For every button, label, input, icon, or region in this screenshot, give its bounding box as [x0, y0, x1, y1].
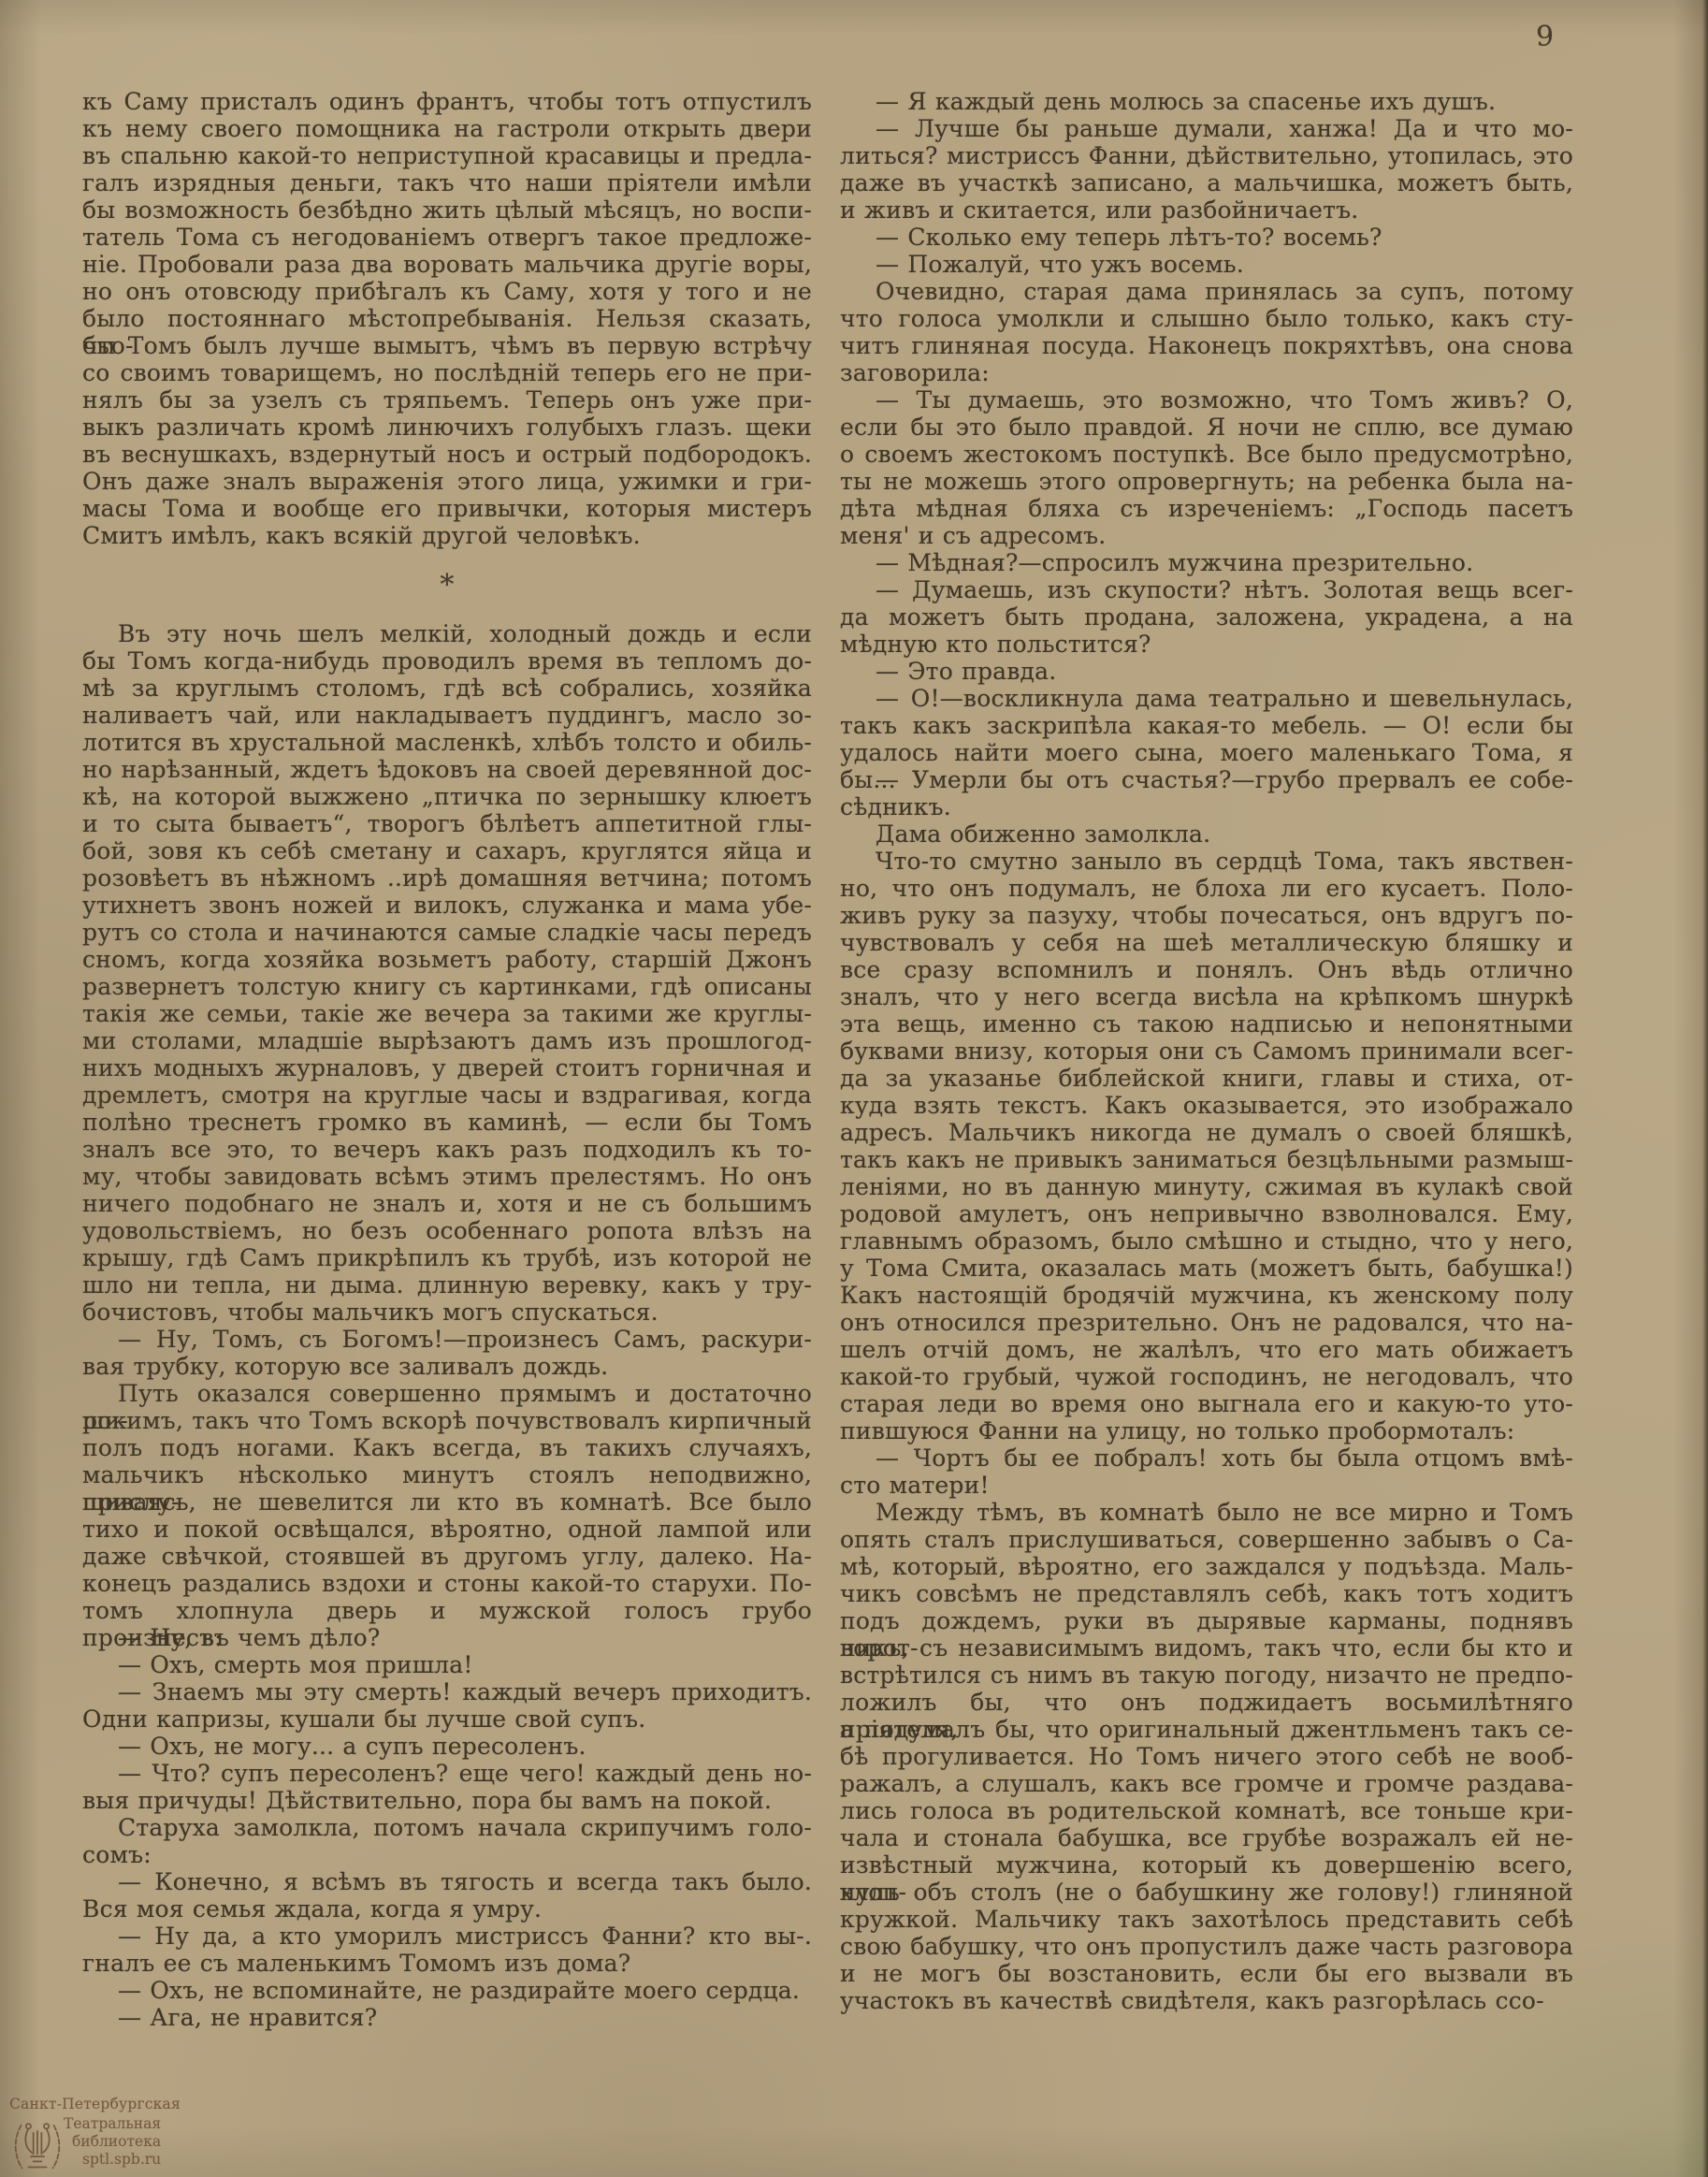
paragraph: — Ну да, а кто уморилъ мистриссъ Фанни? …	[82, 1923, 812, 1977]
page-number: 9	[1536, 21, 1555, 53]
text-line: чикъ совсѣмъ не представлялъ себѣ, какъ …	[840, 1580, 1573, 1607]
text-line: выкъ различать кромѣ линючихъ голубыхъ г…	[82, 414, 812, 441]
text-line: все сразу вспомнилъ и понялъ. Онъ вѣдь о…	[840, 956, 1573, 983]
paragraph: Что-то смутно заныло въ сердцѣ Тома, так…	[840, 848, 1573, 1444]
paragraph: — Охъ, не вспоминайте, не раздирайте мое…	[82, 1977, 812, 2004]
text-line: эта вещь, именно съ такою надписью и неп…	[840, 1010, 1573, 1038]
text-line: — Пожалуй, что ужъ восемь.	[840, 251, 1573, 278]
text-line: бы возможность безбѣдно жить цѣлый мѣсяц…	[82, 196, 812, 224]
text-line: татель Тома съ негодованіемъ отвергъ так…	[82, 224, 812, 251]
section-separator-star: *	[82, 549, 812, 620]
paragraph: — Ну, Томъ, съ Богомъ!—произнесъ Самъ, р…	[82, 1326, 812, 1380]
text-line: подъ дождемъ, руки въ дырявые карманы, п…	[840, 1607, 1573, 1634]
text-line: — Ты думаешь, это возможно, что Томъ жив…	[840, 386, 1573, 414]
text-line: конецъ раздались вздохи и стоны какой-то…	[82, 1570, 812, 1597]
text-line: въ спальню какой-то неприступной красави…	[82, 142, 812, 169]
text-line: къ Саму присталъ одинъ франтъ, чтобы тот…	[82, 88, 812, 115]
text-line: живъ руку за пазуху, чтобы почесаться, о…	[840, 902, 1573, 929]
text-line: даже въ участкѣ записано, а мальчишка, м…	[840, 169, 1573, 196]
text-line: бѣ прогуливается. Но Томъ ничего этого с…	[840, 1743, 1573, 1770]
text-line: Одни капризы, кушали бы лучше свой супъ.	[82, 1705, 812, 1733]
text-line: Дама обиженно замолкла.	[840, 820, 1573, 848]
text-line: бы Томъ когда-нибудь проводилъ время въ …	[82, 647, 812, 675]
lyre-icon	[11, 2115, 64, 2177]
text-line: — Думаешь, изъ скупости? нѣтъ. Золотая в…	[840, 576, 1573, 603]
text-line: ты не можешь этого опровергнуть; на ребе…	[840, 468, 1573, 495]
text-line: сѣдникъ.	[840, 793, 1573, 820]
text-line: свою бабушку, что онъ пропустилъ даже ча…	[840, 1933, 1573, 1960]
text-line: развернетъ толстую книгу съ картинками, …	[82, 973, 812, 1000]
text-line: нялъ бы за узелъ съ тряпьемъ. Теперь онъ…	[82, 386, 812, 414]
text-line: полѣно треснетъ громко въ каминѣ, — если…	[82, 1109, 812, 1136]
text-line: со своимъ товарищемъ, но послѣдній тепер…	[82, 359, 812, 386]
paragraph: — Сколько ему теперь лѣтъ-то? восемь?	[840, 224, 1573, 251]
text-line: читъ глиняная посуда. Наконецъ покряхтѣв…	[840, 332, 1573, 359]
text-line: сомъ:	[82, 1841, 812, 1868]
stamp-line-theatre: Театральная	[64, 2115, 161, 2133]
text-line: опять сталъ прислушиваться, совершенно з…	[840, 1526, 1573, 1553]
scanned-book-page: 9 къ Саму присталъ одинъ франтъ, чтобы т…	[0, 0, 1708, 2177]
stamp-line-url: sptl.spb.ru	[64, 2151, 161, 2169]
text-line: извѣстный мужчина, который къ довершенію…	[840, 1851, 1573, 1879]
text-line: — Сколько ему теперь лѣтъ-то? восемь?	[840, 224, 1573, 251]
text-line: — Ну да, а кто уморилъ мистриссъ Фанни? …	[82, 1923, 812, 1950]
text-line: пившуюся Фанни на улицу, но только пробо…	[840, 1417, 1573, 1444]
text-line: шелъ отчій домъ, не жалѣлъ, что его мать…	[840, 1336, 1573, 1363]
text-line: никъ, съ независимымъ видомъ, такъ что, …	[840, 1634, 1573, 1662]
text-line: но онъ отовсюду прибѣгалъ къ Саму, хотя …	[82, 278, 812, 305]
text-line: дѣта мѣдная бляха съ изреченіемъ: „Госпо…	[840, 495, 1573, 522]
text-line: куда взять текстъ. Какъ оказывается, это…	[840, 1092, 1573, 1119]
text-line: шло ни тепла, ни дыма. длинную веревку, …	[82, 1271, 812, 1299]
text-line: розовѣетъ въ нѣжномъ ..ирѣ домашняя ветч…	[82, 864, 812, 892]
text-line: — О!—воскликнула дама театрально и шевел…	[840, 685, 1573, 712]
text-line: Старуха замолкла, потомъ начала скрипучи…	[82, 1814, 812, 1841]
text-line: лись голоса въ родительской комнатѣ, все…	[840, 1797, 1573, 1824]
text-line: мальчикъ нѣсколько минутъ стоялъ неподви…	[82, 1461, 812, 1488]
text-line: мѣ за круглымъ столомъ, гдѣ всѣ собралис…	[82, 675, 812, 702]
text-line: галъ изрядныя деньги, такъ что наши прія…	[82, 169, 812, 196]
text-line: ничего подобнаго не зналъ и, хотя и не с…	[82, 1190, 812, 1217]
text-line: крышу, гдѣ Самъ прикрѣпилъ къ трубѣ, изъ…	[82, 1244, 812, 1271]
text-line: главнымъ образомъ, было смѣшно и стыдно,…	[840, 1227, 1573, 1255]
text-line: да за указанье библейской книги, главы и…	[840, 1065, 1573, 1092]
text-line: — Умерли бы отъ счастья?—грубо прервалъ …	[840, 766, 1573, 793]
text-line: — Охъ, не могу... а супъ пересоленъ.	[82, 1733, 812, 1760]
text-line: — Конечно, я всѣмъ въ тягость и всегда т…	[82, 1868, 812, 1895]
paragraph: — Конечно, я всѣмъ въ тягость и всегда т…	[82, 1868, 812, 1923]
text-line: удовольствіемъ, но безъ особеннаго ропот…	[82, 1217, 812, 1244]
text-line: кѣ, на которой выжжено „птичка по зерныш…	[82, 783, 812, 810]
text-line: о своемъ жестокомъ поступкѣ. Все было пр…	[840, 441, 1573, 468]
text-line: — Ага, не нравится?	[82, 2004, 812, 2031]
text-line: вая трубку, которую все заливалъ дождь.	[82, 1353, 812, 1380]
paragraph: — Ага, не нравится?	[82, 2004, 812, 2031]
text-line: леніями, но въ данную минуту, сжимая въ …	[840, 1173, 1573, 1200]
text-line: ражалъ, а слушалъ, какъ все громче и гро…	[840, 1770, 1573, 1797]
text-line: такъ какъ не привыкъ заниматься безцѣльн…	[840, 1146, 1573, 1173]
text-line: — Охъ, не вспоминайте, не раздирайте мое…	[82, 1977, 812, 2004]
text-line: гналъ ее съ маленькимъ Томомъ изъ дома?	[82, 1950, 812, 1977]
paragraph: Дама обиженно замолкла.	[840, 820, 1573, 848]
paragraph: — Это правда.	[840, 658, 1573, 685]
text-line: было постояннаго мѣстопребыванія. Нельзя…	[82, 305, 812, 332]
text-line: Очевидно, старая дама принялась за супъ,…	[840, 278, 1573, 305]
text-line: — Я каждый день молюсь за спасенье ихъ д…	[840, 88, 1573, 115]
paragraph: — Лучше бы раньше думали, ханжа! Да и чт…	[840, 115, 1573, 224]
paragraph: — Мѣдная?—спросилъ мужчина презрительно.	[840, 549, 1573, 576]
paragraph: — Пожалуй, что ужъ восемь.	[840, 251, 1573, 278]
text-line: Что-то смутно заныло въ сердцѣ Тома, так…	[840, 848, 1573, 875]
text-line: рокимъ, такъ что Томъ вскорѣ почувствова…	[82, 1407, 812, 1434]
text-line: зналъ все это, то вечеръ какъ разъ подхо…	[82, 1136, 812, 1163]
paragraph: Старуха замолкла, потомъ начала скрипучи…	[82, 1814, 812, 1868]
text-line: Смитъ имѣлъ, какъ всякій другой человѣкъ…	[82, 522, 812, 549]
text-line: кружкой. Мальчику такъ захотѣлось предст…	[840, 1906, 1573, 1933]
text-line: удалось найти моего сына, моего маленька…	[840, 739, 1573, 766]
text-line: мѣ, который, вѣроятно, его заждался у по…	[840, 1553, 1573, 1580]
text-line: меня' и съ адресомъ.	[840, 522, 1573, 549]
paragraph: — Думаешь, изъ скупости? нѣтъ. Золотая в…	[840, 576, 1573, 658]
paragraph: — Что? супъ пересоленъ? еще чего! каждый…	[82, 1760, 812, 1814]
text-line: наливаетъ чай, или накладываетъ пуддингъ…	[82, 702, 812, 729]
text-line: старая леди во время оно выгнала его и к…	[840, 1390, 1573, 1417]
text-line: лотится въ хрустальной масленкѣ, хлѣбъ т…	[82, 729, 812, 756]
paragraph: — О!—воскликнула дама театрально и шевел…	[840, 685, 1573, 766]
text-line: бочистовъ, чтобы мальчикъ могъ спускатьс…	[82, 1299, 812, 1326]
text-line: чала и стонала бабушка, все грубѣе возра…	[840, 1824, 1573, 1851]
text-line: даже свѣчкой, стоявшей въ другомъ углу, …	[82, 1543, 812, 1570]
text-line: дремлетъ, смотря на круглые часы и вздра…	[82, 1081, 812, 1109]
text-line: литься? мистриссъ Фанни, дѣйствительно, …	[840, 142, 1573, 169]
text-line: Онъ даже зналъ выраженія этого лица, ужи…	[82, 468, 812, 495]
text-line: нихъ модныхъ журналовъ, у дверей стоитъ …	[82, 1054, 812, 1081]
text-line: — Лучше бы раньше думали, ханжа! Да и чт…	[840, 115, 1573, 142]
text-line: — Мѣдная?—спросилъ мужчина презрительно.	[840, 549, 1573, 576]
text-line: томъ хлопнула дверь и мужской голосъ гру…	[82, 1597, 812, 1624]
text-line: родовой амулетъ, онъ непривычно взволнов…	[840, 1200, 1573, 1227]
paragraph: Въ эту ночь шелъ мелкій, холодный дождь …	[82, 620, 812, 1326]
paragraph: Очевидно, старая дама принялась за супъ,…	[840, 278, 1573, 386]
paragraph: — Я каждый день молюсь за спасенье ихъ д…	[840, 88, 1573, 115]
text-line: участокъ въ качествѣ свидѣтеля, какъ раз…	[840, 1987, 1573, 2014]
paragraph: — Ну, въ чемъ дѣло?	[82, 1624, 812, 1651]
text-line: — Что? супъ пересоленъ? еще чего! каждый…	[82, 1760, 812, 1787]
text-line: полъ подъ ногами. Какъ всегда, въ такихъ…	[82, 1434, 812, 1461]
text-line: но нарѣзанный, ждетъ ѣдоковъ на своей де…	[82, 756, 812, 783]
stamp-line-library: библиотека	[64, 2133, 161, 2151]
text-line: — Это правда.	[840, 658, 1573, 685]
text-line: — Ну, Томъ, съ Богомъ!—произнесъ Самъ, р…	[82, 1326, 812, 1353]
text-line: буквами внизу, которыя они съ Самомъ при…	[840, 1038, 1573, 1065]
text-line: утихнетъ звонъ ножей и вилокъ, служанка …	[82, 892, 812, 919]
text-line: и не могъ бы возстановить, если бы его в…	[840, 1960, 1573, 1987]
text-line: — Охъ, смерть моя пришла!	[82, 1651, 812, 1678]
paragraph: — Охъ, не могу... а супъ пересоленъ.	[82, 1733, 812, 1760]
text-line: а подумалъ бы, что оригинальный джентльм…	[840, 1716, 1573, 1743]
text-line: встрѣтился съ нимъ въ такую погоду, низа…	[840, 1662, 1573, 1689]
text-line: бой, зовя къ себѣ сметану и сахаръ, круг…	[82, 837, 812, 864]
text-line: нулъ объ столъ (не о бабушкину же голову…	[840, 1879, 1573, 1906]
paragraph: — Умерли бы отъ счастья?—грубо прервалъ …	[840, 766, 1573, 820]
text-line: но, что онъ подумалъ, не блоха ли его ку…	[840, 875, 1573, 902]
text-line: бы Томъ былъ лучше вымытъ, чѣмъ въ перву…	[82, 332, 812, 359]
text-line: выя причуды! Дѣйствительно, пора бы вамъ…	[82, 1787, 812, 1814]
text-line: Какъ настоящій бродячій мужчина, къ женс…	[840, 1282, 1573, 1309]
text-line: рутъ со стола и начинаются самые сладкіе…	[82, 919, 812, 946]
text-line: ніе. Пробовали раза два воровать мальчик…	[82, 251, 812, 278]
paragraph: къ Саму присталъ одинъ франтъ, чтобы тот…	[82, 88, 812, 549]
text-line: масы Тома и вообще его привычки, которыя…	[82, 495, 812, 522]
text-line: тихо и покой освѣщался, вѣроятно, одной …	[82, 1516, 812, 1543]
text-line: такія же семьи, такіе же вечера за таким…	[82, 1000, 812, 1027]
paragraph: Путь оказался совершенно прямымъ и доста…	[82, 1380, 812, 1624]
text-line: — Знаемъ мы эту смерть! каждый вечеръ пр…	[82, 1678, 812, 1705]
text-line: ложилъ бы, что онъ поджидаетъ восьмилѣтн…	[840, 1689, 1573, 1716]
right-column: — Я каждый день молюсь за спасенье ихъ д…	[840, 88, 1573, 2014]
text-line: Между тѣмъ, въ комнатѣ было не все мирно…	[840, 1499, 1573, 1526]
text-line: онъ относился презрительно. Онъ не радов…	[840, 1309, 1573, 1336]
text-line: да можетъ быть продана, заложена, украде…	[840, 603, 1573, 631]
text-line: такъ какъ заскрипѣла какая-то мебель. — …	[840, 712, 1573, 739]
text-line: ми столами, младшіе вырѣзаютъ дамъ изъ п…	[82, 1027, 812, 1054]
text-line: — Чортъ бы ее побралъ! хоть бы была отцо…	[840, 1444, 1573, 1472]
paragraph: — Ты думаешь, это возможно, что Томъ жив…	[840, 386, 1573, 549]
text-line: сномъ, когда хозяйка возьметъ работу, ст…	[82, 946, 812, 973]
text-line: къ нему своего помощника на гастроли отк…	[82, 115, 812, 142]
text-line: Путь оказался совершенно прямымъ и доста…	[82, 1380, 812, 1407]
text-line: шиваясь, не шевелится ли кто въ комнатѣ.…	[82, 1488, 812, 1516]
text-line: адресъ. Мальчикъ никогда не думалъ о сво…	[840, 1119, 1573, 1146]
text-line: зналъ, что у него всегда висѣла на крѣпк…	[840, 983, 1573, 1010]
text-line: у Тома Смита, оказалась мать (можетъ быт…	[840, 1255, 1573, 1282]
text-line: мѣдную кто польстится?	[840, 631, 1573, 658]
text-line: Въ эту ночь шелъ мелкій, холодный дождь …	[82, 620, 812, 647]
text-line: что голоса умолкли и слышно было только,…	[840, 305, 1573, 332]
text-line: и живъ и скитается, или разбойничаетъ.	[840, 196, 1573, 224]
library-stamp: Санкт-Петербургская	[9, 2096, 152, 2177]
text-line: заговорила:	[840, 359, 1573, 386]
text-line: и то сыта бываетъ“, творогъ бѣлѣетъ аппе…	[82, 810, 812, 837]
text-line: сто матери!	[840, 1472, 1573, 1499]
paragraph: — Охъ, смерть моя пришла!	[82, 1651, 812, 1678]
text-line: Вся моя семья ждала, когда я умру.	[82, 1895, 812, 1923]
paragraph: — Знаемъ мы эту смерть! каждый вечеръ пр…	[82, 1678, 812, 1733]
left-column: къ Саму присталъ одинъ франтъ, чтобы тот…	[82, 88, 812, 2031]
text-line: му, чтобы завидовать всѣмъ этимъ прелест…	[82, 1163, 812, 1190]
text-line: — Ну, въ чемъ дѣло?	[82, 1624, 812, 1651]
text-line: если бы это было правдой. Я ночи не сплю…	[840, 414, 1573, 441]
stamp-line-city: Санкт-Петербургская	[9, 2096, 152, 2113]
text-line: чувствовалъ у себя на шеѣ металлическую …	[840, 929, 1573, 956]
text-line: какой-то грубый, чужой господинъ, не нег…	[840, 1363, 1573, 1390]
paragraph: Между тѣмъ, въ комнатѣ было не все мирно…	[840, 1499, 1573, 2014]
text-line: въ веснушкахъ, вздернутый носъ и острый …	[82, 441, 812, 468]
paragraph: — Чортъ бы ее побралъ! хоть бы была отцо…	[840, 1444, 1573, 1499]
